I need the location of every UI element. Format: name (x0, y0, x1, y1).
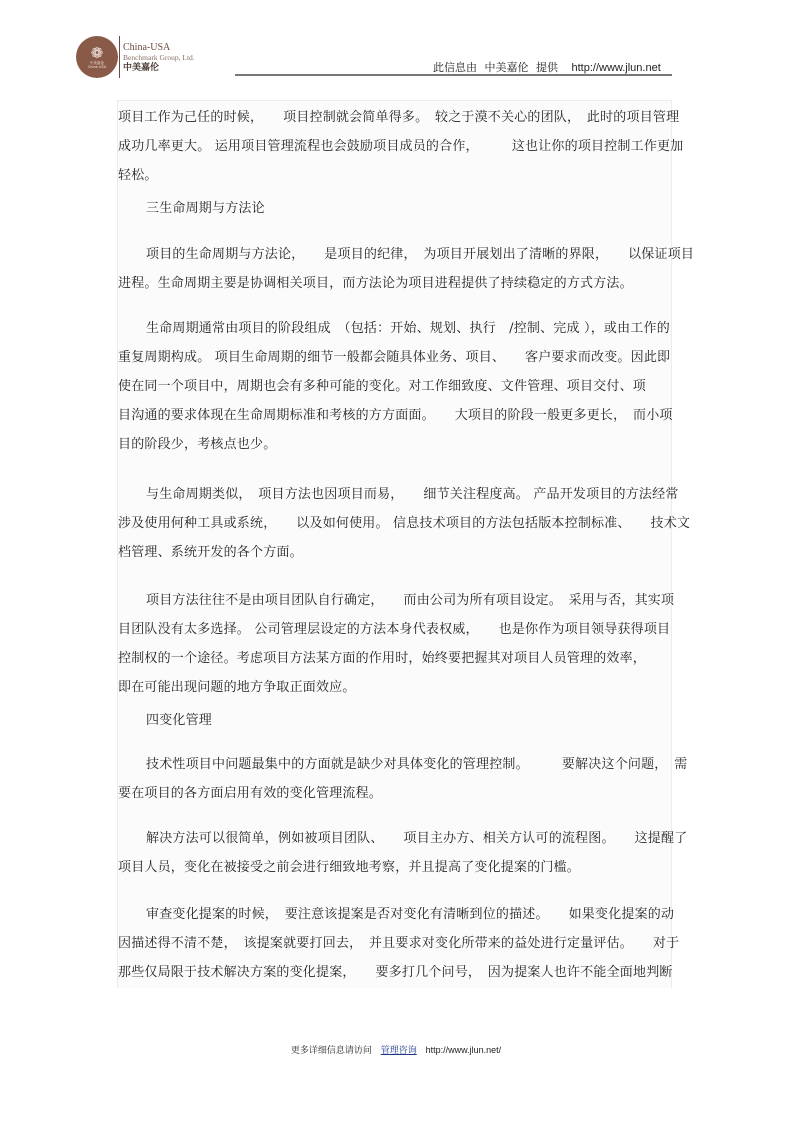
paragraph-3: 生命周期通常由项目的阶段组成 （包括：开始、规划、执行 /控制、完成 ），或由工… (118, 314, 674, 459)
text-line: 目的阶段少，考核点也少。 (118, 430, 674, 459)
provider-suffix: 提供 (536, 61, 558, 74)
text-line: 审查变化提案的时候， 要注意该提案是否对变化有清晰到位的描述。 如果变化提案的动 (118, 900, 674, 929)
text-line: 因描述得不清不楚， 该提案就要打回去， 并且要求对变化所带来的益处进行定量评估。… (118, 929, 674, 958)
text-line: 技术性项目中问题最集中的方面就是缺少对具体变化的管理控制。 要解决这个问题， 需 (118, 750, 674, 779)
management-consulting-link[interactable]: 管理咨询 (381, 1046, 417, 1056)
paragraph-6: 技术性项目中问题最集中的方面就是缺少对具体变化的管理控制。 要解决这个问题， 需… (118, 750, 674, 808)
text-line: 控制权的一个途径。考虑项目方法某方面的作用时，始终要把握其对项目人员管理的效率， (118, 644, 674, 673)
text-line: 要在项目的各方面启用有效的变化管理流程。 (118, 779, 674, 808)
text-line: 档管理、系统开发的各个方面。 (118, 538, 674, 567)
footer-prefix: 更多详细信息请访问 (291, 1046, 372, 1056)
knot-logo-icon: ❁ (91, 46, 104, 61)
text-line: 项目工作为己任的时候， 项目控制就会简单得多。 较之于漠不关心的团队， 此时的项… (118, 103, 674, 132)
paragraph-4: 与生命周期类似， 项目方法也因项目而易， 细节关注程度高。 产品开发项目的方法经… (118, 480, 674, 567)
provider-line: 此信息由 中美嘉伦 提供 http://www.jlun.net (433, 59, 665, 75)
header-divider (235, 74, 672, 76)
text-line: 项目人员，变化在被接受之前会进行细致地考察，并且提高了变化提案的门槛。 (118, 853, 674, 882)
heading-text: 三生命周期与方法论 (146, 194, 702, 223)
text-line: 目团队没有太多选择。 公司管理层设定的方法本身代表权威， 也是你作为项目领导获得… (118, 615, 674, 644)
text-line: 项目方法往往不是由项目团队自行确定， 而由公司为所有项目设定。 采用与否，其实项 (118, 586, 674, 615)
paragraph-5: 项目方法往往不是由项目团队自行确定， 而由公司为所有项目设定。 采用与否，其实项… (118, 586, 674, 702)
text-line: 那些仅局限于技术解决方案的变化提案， 要多打几个问号， 因为提案人也许不能全面地… (118, 958, 674, 987)
company-name: China-USA Benchmark Group, Ltd. 中美嘉伦 (123, 42, 195, 74)
text-line: 与生命周期类似， 项目方法也因项目而易， 细节关注程度高。 产品开发项目的方法经… (118, 480, 674, 509)
provider-company: 中美嘉伦 (485, 61, 529, 74)
text-line: 涉及使用何种工具或系统， 以及如何使用。 信息技术项目的方法包括版本控制标准、 … (118, 509, 674, 538)
paragraph-7: 解决方法可以很简单，例如被项目团队、 项目主办方、相关方认可的流程图。 这提醒了… (118, 824, 674, 882)
paragraph-2: 项目的生命周期与方法论， 是项目的纪律， 为项目开展划出了清晰的界限， 以保证项… (118, 240, 674, 298)
text-line: 轻松。 (118, 161, 674, 190)
paragraph-8: 审查变化提案的时候， 要注意该提案是否对变化有清晰到位的描述。 如果变化提案的动… (118, 900, 674, 987)
logo-divider (119, 36, 120, 78)
text-line: 生命周期通常由项目的阶段组成 （包括：开始、规划、执行 /控制、完成 ），或由工… (118, 314, 674, 343)
company-name-en-line2: Benchmark Group, Ltd. (123, 53, 195, 62)
page-header: ❁ 中美嘉伦 China USA China-USA Benchmark Gro… (0, 0, 792, 100)
logo-badge-en: China USA (88, 65, 106, 69)
heading-text: 四变化管理 (146, 706, 702, 735)
provider-prefix: 此信息由 (433, 61, 477, 74)
text-line: 重复周期构成。 项目生命周期的细节一般都会随具体业务、项目、 客户要求而改变。因… (118, 343, 674, 372)
text-line: 项目的生命周期与方法论， 是项目的纪律， 为项目开展划出了清晰的界限， 以保证项… (118, 240, 674, 269)
company-logo-badge: ❁ 中美嘉伦 China USA (76, 36, 118, 78)
company-name-cn: 中美嘉伦 (123, 62, 195, 74)
text-line: 使在同一个项目中，周期也会有多种可能的变化。对工作细致度、文件管理、项目交付、项 (118, 372, 674, 401)
text-line: 解决方法可以很简单，例如被项目团队、 项目主办方、相关方认可的流程图。 这提醒了 (118, 824, 674, 853)
page-footer: 更多详细信息请访问 管理咨询 http://www.jlun.net/ (0, 1043, 792, 1056)
text-line: 即在可能出现问题的地方争取正面效应。 (118, 673, 674, 702)
section-heading-change-management: 四变化管理 (118, 706, 702, 735)
provider-url[interactable]: http://www.jlun.net (572, 62, 661, 74)
footer-url[interactable]: http://www.jlun.net/ (426, 1045, 502, 1055)
text-line: 目沟通的要求体现在生命周期标准和考核的方方面面。 大项目的阶段一般更多更长， 而… (118, 401, 674, 430)
company-name-en-line1: China-USA (123, 42, 195, 53)
text-line: 进程。生命周期主要是协调相关项目，而方法论为项目进程提供了持续稳定的方式方法。 (118, 269, 674, 298)
paragraph-1: 项目工作为己任的时候， 项目控制就会简单得多。 较之于漠不关心的团队， 此时的项… (118, 103, 674, 190)
text-line: 成功几率更大。 运用项目管理流程也会鼓励项目成员的合作， 这也让你的项目控制工作… (118, 132, 674, 161)
section-heading-lifecycle: 三生命周期与方法论 (118, 194, 702, 223)
